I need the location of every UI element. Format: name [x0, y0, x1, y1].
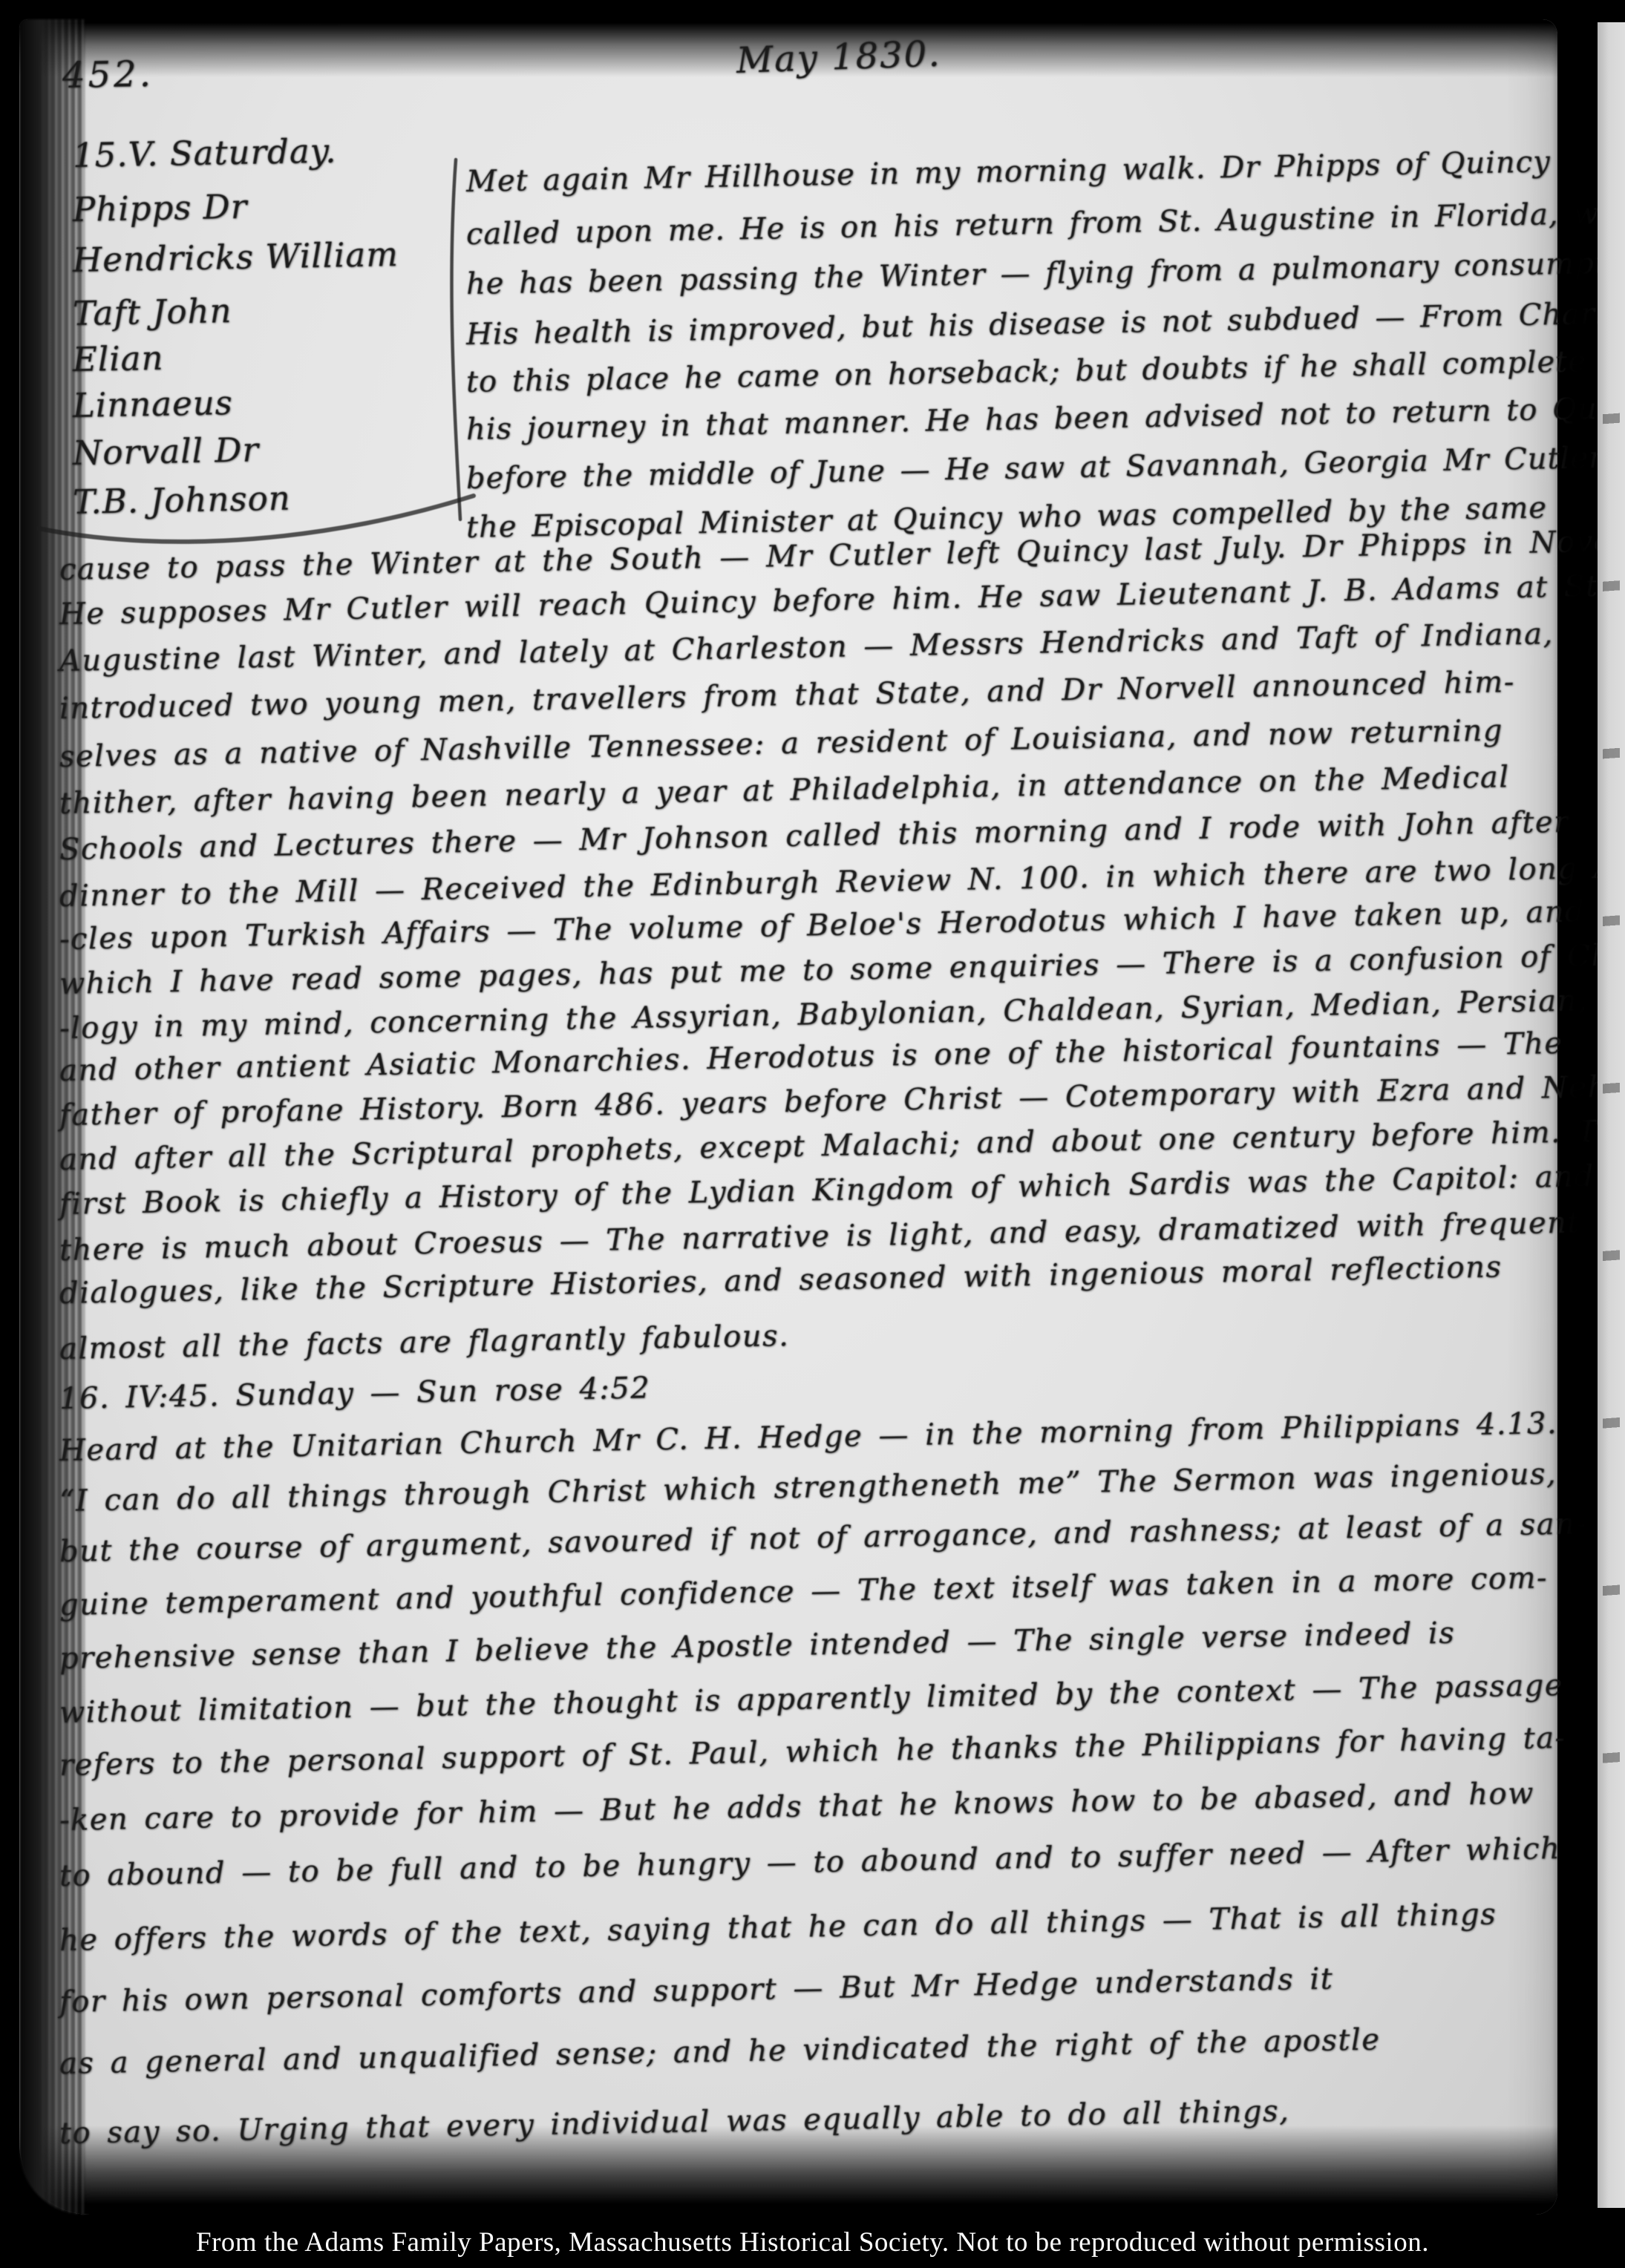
diary-line: for his own personal comforts and suppor… [59, 1962, 1334, 2019]
margin-entry-name: Hendricks William [73, 235, 399, 280]
diary-line: but the course of argument, savoured if … [59, 1507, 1587, 1569]
facing-page-edge [1598, 22, 1625, 2208]
book-gutter-shadow [1554, 0, 1602, 2268]
diary-line: called upon me. He is on his return from… [466, 195, 1625, 252]
margin-divider-line [451, 160, 460, 520]
diary-line: almost all the facts are flagrantly fabu… [59, 1319, 790, 1366]
diary-line: as a general and unqualified sense; and … [59, 2022, 1381, 2081]
margin-entry-name: Norvall Dr [73, 430, 260, 473]
diary-line: prehensive sense than I believe the Apos… [59, 1616, 1456, 1676]
diary-line: refers to the personal support of St. Pa… [59, 1721, 1566, 1783]
diary-line: he has been passing the Winter — flying … [466, 246, 1625, 301]
margin-entry-date: 15.V. Saturday. [73, 131, 337, 175]
margin-entry-name: Phipps Dr [73, 187, 248, 229]
diary-line: to this place he came on horseback; but … [466, 344, 1587, 399]
footer-credit: From the Adams Family Papers, Massachuse… [0, 2226, 1625, 2258]
ink-layer: 452. May 1830. 15.V. Saturday. Phipps Dr… [0, 0, 1625, 2268]
diary-line: Heard at the Unitarian Church Mr C. H. H… [59, 1406, 1558, 1468]
diary-line: guine temperament and youthful confidenc… [59, 1561, 1549, 1622]
diary-line: before the middle of June — He saw at Sa… [466, 441, 1604, 496]
manuscript-scan: 452. May 1830. 15.V. Saturday. Phipps Dr… [0, 0, 1625, 2268]
margin-entry-name: Taft John [73, 291, 232, 333]
header-date: May 1830. [736, 33, 941, 82]
diary-line: -ken care to provide for him — But he ad… [59, 1777, 1535, 1838]
margin-entry-name: T.B. Johnson [73, 479, 292, 522]
diary-line: “I can do all things through Christ whic… [59, 1457, 1557, 1518]
diary-line: he offers the words of the text, saying … [59, 1898, 1497, 1958]
diary-line: His health is improved, but his disease … [466, 295, 1625, 352]
margin-entry-name: Linnaeus [73, 383, 234, 425]
diary-line: without limitation — but the thought is … [59, 1668, 1564, 1730]
diary-line: to say so. Urging that every individual … [59, 2094, 1290, 2151]
diary-line: to abound — to be full and to be hungry … [59, 1832, 1561, 1893]
diary-line: Met again Mr Hillhouse in my morning wal… [466, 145, 1552, 199]
entry-date-line: 16. IV:45. Sunday — Sun rose 4:52 [59, 1371, 651, 1416]
margin-entry-name: Elian [73, 338, 164, 379]
page-number: 452. [62, 53, 154, 96]
diary-line: his journey in that manner. He has been … [466, 390, 1625, 447]
